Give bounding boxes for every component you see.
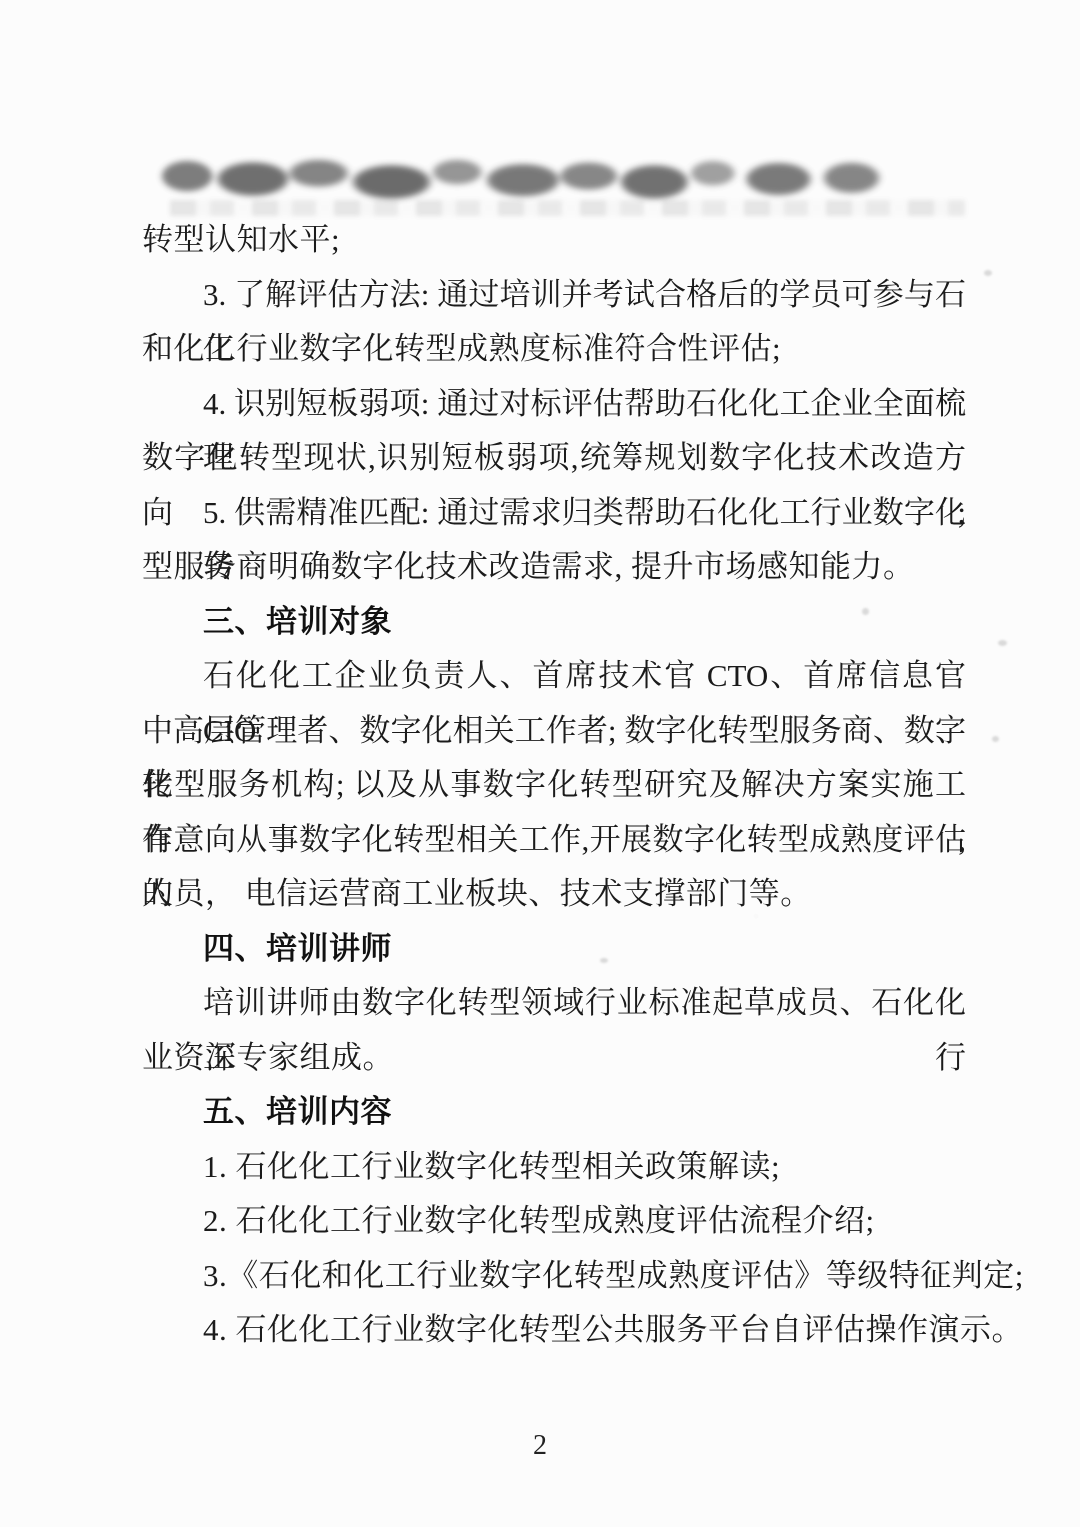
text-line: 转型认知水平; bbox=[142, 213, 966, 268]
text-line: 4. 石化化工行业数字化转型公共服务平台自评估操作演示。 bbox=[142, 1303, 966, 1358]
text-line: 1. 石化化工行业数字化转型相关政策解读; bbox=[142, 1140, 966, 1195]
text-line: 4. 识别短板弱项: 通过对标评估帮助石化化工企业全面梳理 bbox=[142, 377, 966, 432]
text-line: 3.《石化和化工行业数字化转型成熟度评估》等级特征判定; bbox=[142, 1249, 966, 1304]
heading-line: 三、培训对象 bbox=[142, 595, 966, 650]
text-line: 3. 了解评估方法: 通过培训并考试合格后的学员可参与石化 bbox=[142, 268, 966, 323]
scan-speck bbox=[984, 270, 992, 276]
scan-speck bbox=[998, 640, 1007, 646]
page-number: 2 bbox=[0, 1430, 1080, 1462]
text-line: 石化化工企业负责人、首席技术官 CTO、首席信息官 CIO、 bbox=[142, 649, 966, 704]
text-line: 和化工行业数字化转型成熟度标准符合性评估; bbox=[142, 322, 966, 377]
text-line: 有意向从事数字化转型相关工作,开展数字化转型成熟度评估的 bbox=[142, 813, 966, 868]
body-text: 转型认知水平;3. 了解评估方法: 通过培训并考试合格后的学员可参与石化和化工行… bbox=[142, 213, 966, 1358]
text-line: 培训讲师由数字化转型领域行业标准起草成员、石化化工行 bbox=[142, 976, 966, 1031]
text-line: 型服务商明确数字化技术改造需求, 提升市场感知能力。 bbox=[142, 540, 966, 595]
text-line: 中高层管理者、数字化相关工作者; 数字化转型服务商、数字化 bbox=[142, 704, 966, 759]
heading-line: 四、培训讲师 bbox=[142, 922, 966, 977]
text-line: 2. 石化化工行业数字化转型成熟度评估流程介绍; bbox=[142, 1194, 966, 1249]
scan-speck bbox=[992, 736, 999, 742]
text-line: 转型服务机构; 以及从事数字化转型研究及解决方案实施工作, bbox=[142, 758, 966, 813]
text-line: 5. 供需精准匹配: 通过需求归类帮助石化化工行业数字化转 bbox=[142, 486, 966, 541]
text-line: 数字化转型现状,识别短板弱项,统筹规划数字化技术改造方向; bbox=[142, 431, 966, 486]
heading-line: 五、培训内容 bbox=[142, 1085, 966, 1140]
document-page: 转型认知水平;3. 了解评估方法: 通过培训并考试合格后的学员可参与石化和化工行… bbox=[0, 0, 1080, 1527]
text-line: 人员， 电信运营商工业板块、技术支撑部门等。 bbox=[142, 867, 966, 922]
